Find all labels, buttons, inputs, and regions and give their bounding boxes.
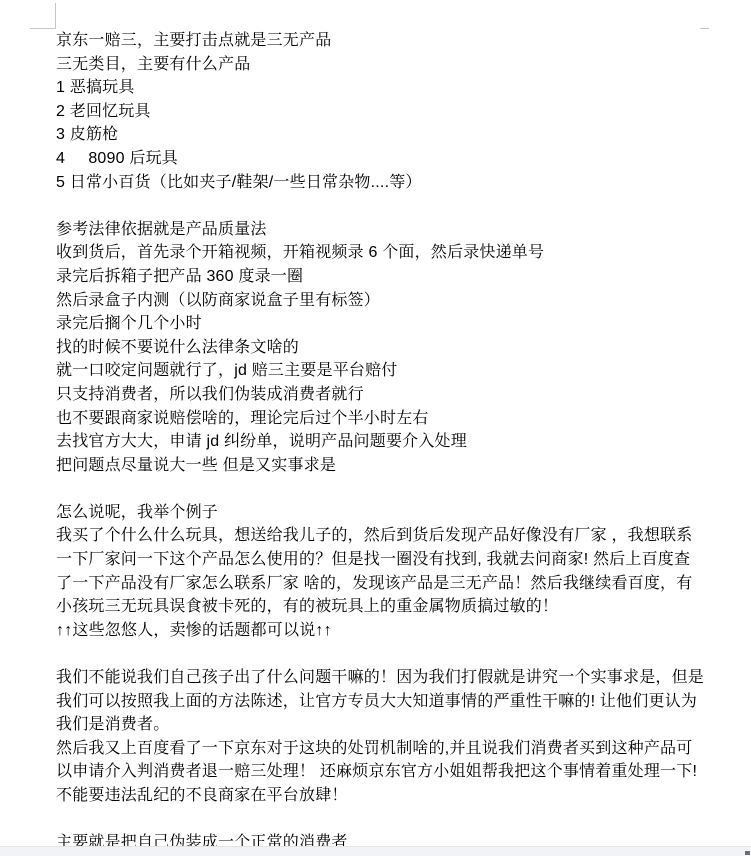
text-line: 1 恶搞玩具 [56, 76, 716, 100]
text-line: 我们可以按照我上面的方法陈述，让官方专员大大知道事情的严重性干嘛的! 让他们更认… [56, 690, 716, 714]
document-body: 京东一赔三，主要打击点就是三无产品三无类目，主要有什么产品1 恶搞玩具2 老回忆… [56, 29, 716, 855]
text-line: 录完后拆箱子把产品 360 度录一圈 [56, 265, 716, 289]
text-line: 就一口咬定问题就行了，jd 赔三主要是平台赔付 [56, 359, 716, 383]
blank-line [56, 477, 716, 501]
text-line: 参考法律依据就是产品质量法 [56, 218, 716, 242]
text-line: 把问题点尽量说大一些 但是又实事求是 [56, 454, 716, 478]
text-line: 三无类目，主要有什么产品 [56, 53, 716, 77]
blank-line [56, 642, 716, 666]
text-line: 也不要跟商家说赔偿啥的，理论完后过个半小时左右 [56, 407, 716, 431]
text-line: 然后录盒子内测（以防商家说盒子里有标签） [56, 289, 716, 313]
horizontal-scrollbar-track[interactable] [0, 846, 751, 856]
text-line: 不能要违法乱纪的不良商家在平台放肆！ [56, 784, 716, 808]
text-line: 收到货后，首先录个开箱视频，开箱视频录 6 个面，然后录快递单号 [56, 241, 716, 265]
text-line: 录完后搁个几个小时 [56, 312, 716, 336]
paragraph-section-strategy-notes: 我们不能说我们自己孩子出了什么问题干嘛的！因为我们打假就是讲究一个实事求是，但是… [56, 666, 716, 808]
text-line: 以申请介入判消费者退一赔三处理！ 还麻烦京东官方小姐姐帮我把这个事情着重处理一下… [56, 760, 716, 784]
paragraph-section-process-steps: 参考法律依据就是产品质量法收到货后，首先录个开箱视频，开箱视频录 6 个面，然后… [56, 218, 716, 478]
text-line: 小孩玩三无玩具误食被卡死的，有的被玩具上的重金属物质搞过敏的！ [56, 595, 716, 619]
text-line: 5 日常小百货（比如夹子/鞋架/一些日常杂物....等） [56, 171, 716, 195]
text-line: 找的时候不要说什么法律条文啥的 [56, 336, 716, 360]
text-line: 我们不能说我们自己孩子出了什么问题干嘛的！因为我们打假就是讲究一个实事求是，但是 [56, 666, 716, 690]
text-line: 只支持消费者，所以我们伪装成消费者就行 [56, 383, 716, 407]
paragraph-section-intro-category-list: 京东一赔三，主要打击点就是三无产品三无类目，主要有什么产品1 恶搞玩具2 老回忆… [56, 29, 716, 194]
text-line: 3 皮筋枪 [56, 123, 716, 147]
text-line: 4 8090 后玩具 [56, 147, 716, 171]
resize-corner-mark [745, 851, 750, 855]
text-line: 然后我又上百度看了一下京东对于这块的处罚机制啥的,并且说我们消费者买到这种产品可 [56, 737, 716, 761]
text-boundary-mark-top-left [30, 3, 56, 29]
text-line: 一下厂家问一下这个产品怎么使用的？但是找一圈没有找到, 我就去问商家! 然后上百… [56, 548, 716, 572]
text-line: 我买了个什么什么玩具，想送给我儿子的，然后到货后发现产品好像没有厂家 ，我想联系 [56, 524, 716, 548]
blank-line [56, 808, 716, 832]
text-line: 我们是消费者。 [56, 713, 716, 737]
text-line: 怎么说呢，我举个例子 [56, 501, 716, 525]
paragraph-section-example-story: 怎么说呢，我举个例子我买了个什么什么玩具，想送给我儿子的，然后到货后发现产品好像… [56, 501, 716, 643]
document-page: 京东一赔三，主要打击点就是三无产品三无类目，主要有什么产品1 恶搞玩具2 老回忆… [0, 0, 751, 856]
text-line: 2 老回忆玩具 [56, 100, 716, 124]
text-line: 京东一赔三，主要打击点就是三无产品 [56, 29, 716, 53]
blank-line [56, 194, 716, 218]
text-line: 了一下产品没有厂家怎么联系厂家 啥的，发现该产品是三无产品！然后我继续看百度，有 [56, 572, 716, 596]
text-line: ↑↑这些忽悠人，卖惨的话题都可以说↑↑ [56, 619, 716, 643]
text-line: 去找官方大大，申请 jd 纠纷单，说明产品问题要介入处理 [56, 430, 716, 454]
